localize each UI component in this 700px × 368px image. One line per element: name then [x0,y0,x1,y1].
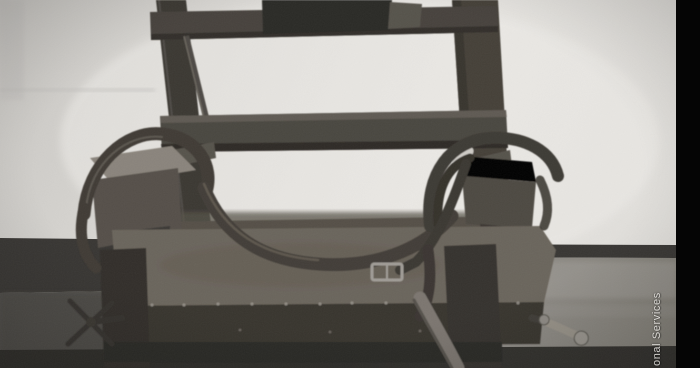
watermark-text: onal Services [651,292,663,366]
electric-chair-photo-scene [0,0,700,368]
black-bar [676,0,700,368]
film-grain [0,0,676,368]
photograph: onal Services [0,0,700,368]
